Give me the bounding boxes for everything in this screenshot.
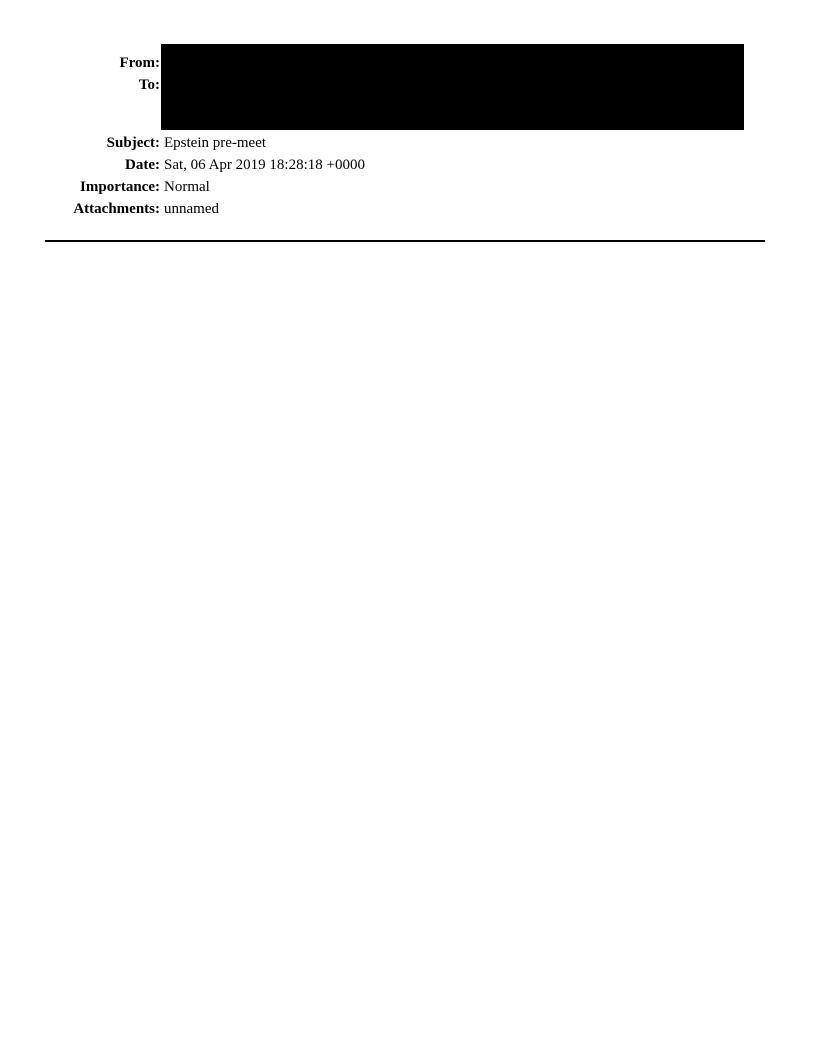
date-value: Sat, 06 Apr 2019 18:28:18 +0000 bbox=[164, 155, 365, 175]
attachments-row: Attachments: unnamed bbox=[0, 199, 816, 219]
subject-value: Epstein pre-meet bbox=[164, 133, 266, 153]
from-row: From: bbox=[0, 53, 816, 73]
attachments-value[interactable]: unnamed bbox=[164, 199, 219, 219]
subject-row: Subject: Epstein pre-meet bbox=[0, 133, 816, 153]
from-label: From: bbox=[0, 53, 160, 73]
attachments-label: Attachments: bbox=[0, 199, 160, 219]
to-label: To: bbox=[0, 75, 160, 95]
date-label: Date: bbox=[0, 155, 160, 175]
importance-value: Normal bbox=[164, 177, 210, 197]
date-row: Date: Sat, 06 Apr 2019 18:28:18 +0000 bbox=[0, 155, 816, 175]
header-divider bbox=[45, 240, 765, 242]
importance-row: Importance: Normal bbox=[0, 177, 816, 197]
importance-label: Importance: bbox=[0, 177, 160, 197]
subject-label: Subject: bbox=[0, 133, 160, 153]
to-row: To: bbox=[0, 75, 816, 95]
